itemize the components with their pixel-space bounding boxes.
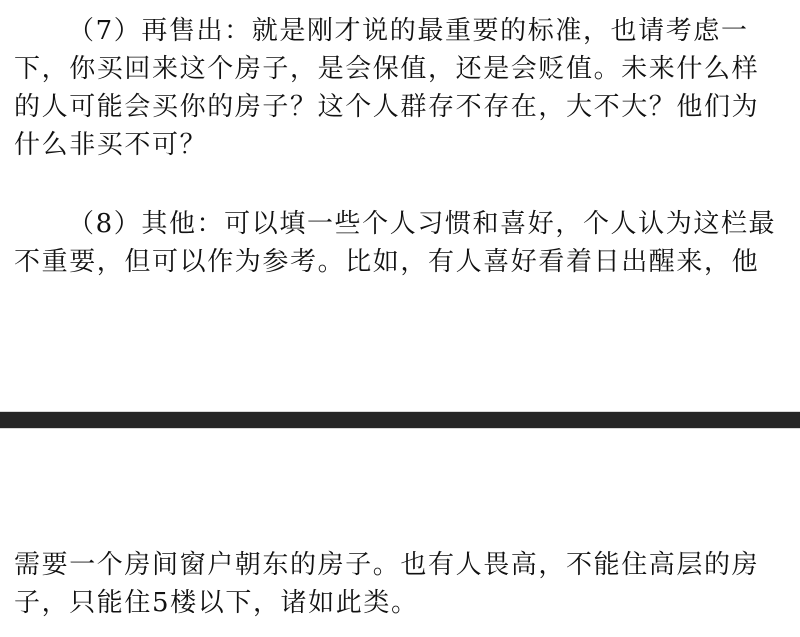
document-page-bottom: 需要一个房间窗户朝东的房子。也有人畏高，不能住高层的房 子，只能住5楼以下，诸如… <box>0 429 800 637</box>
paragraph-resale: （7）再售出：就是刚才说的最重要的标准，也请考虑一 下，你买回来这个房子，是会保… <box>14 12 770 164</box>
text-line: （7）再售出：就是刚才说的最重要的标准，也请考虑一 <box>14 12 770 50</box>
text-line: （8）其他：可以填一些个人习惯和喜好，个人认为这栏最 <box>14 205 770 243</box>
text-line: 的人可能会买你的房子？这个人群存不存在，大不大？他们为 <box>14 88 770 126</box>
text-line: 下，你买回来这个房子，是会保值，还是会贬值。未来什么样 <box>14 50 770 88</box>
text-line: 需要一个房间窗户朝东的房子。也有人畏高，不能住高层的房 <box>14 546 770 584</box>
text-line: 不重要，但可以作为参考。比如，有人喜好看着日出醒来，他 <box>14 243 770 281</box>
page-separator-bar <box>0 411 800 429</box>
text-line: 子，只能住5楼以下，诸如此类。 <box>14 584 770 622</box>
paragraph-other: （8）其他：可以填一些个人习惯和喜好，个人认为这栏最 不重要，但可以作为参考。比… <box>14 205 770 281</box>
paragraph-other-continued: 需要一个房间窗户朝东的房子。也有人畏高，不能住高层的房 子，只能住5楼以下，诸如… <box>14 546 770 622</box>
text-line: 什么非买不可？ <box>14 126 770 164</box>
document-page-top: （7）再售出：就是刚才说的最重要的标准，也请考虑一 下，你买回来这个房子，是会保… <box>0 0 800 411</box>
